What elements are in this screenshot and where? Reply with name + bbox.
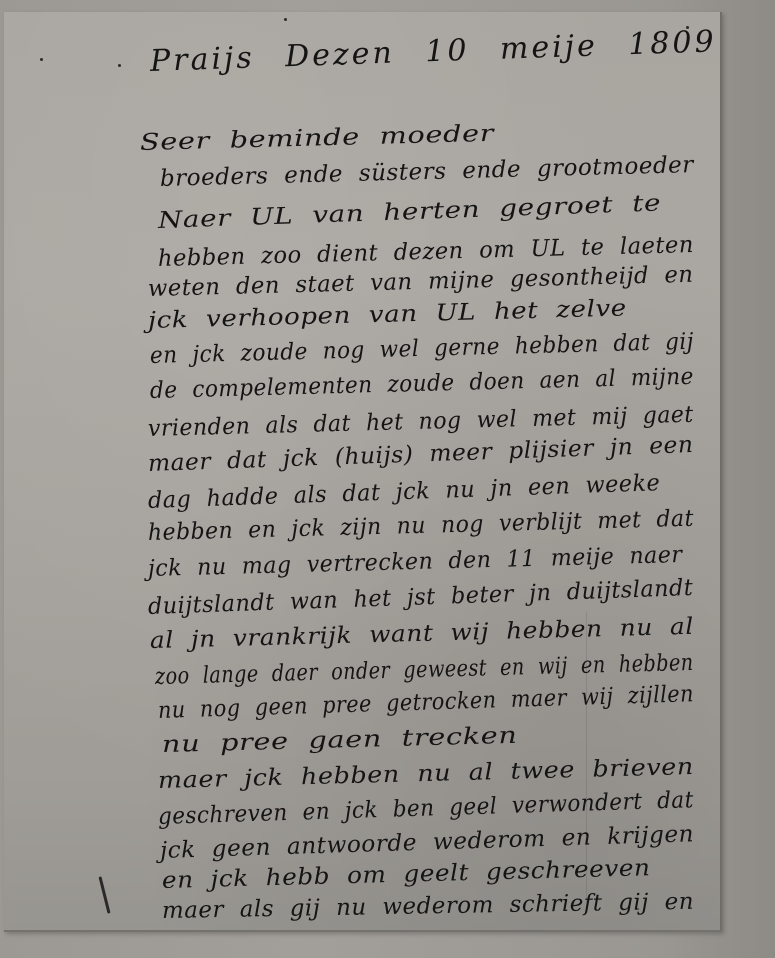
ink-speck (284, 18, 287, 21)
ink-speck (118, 64, 121, 67)
ink-speck (40, 58, 43, 61)
ink-speck (686, 26, 689, 29)
